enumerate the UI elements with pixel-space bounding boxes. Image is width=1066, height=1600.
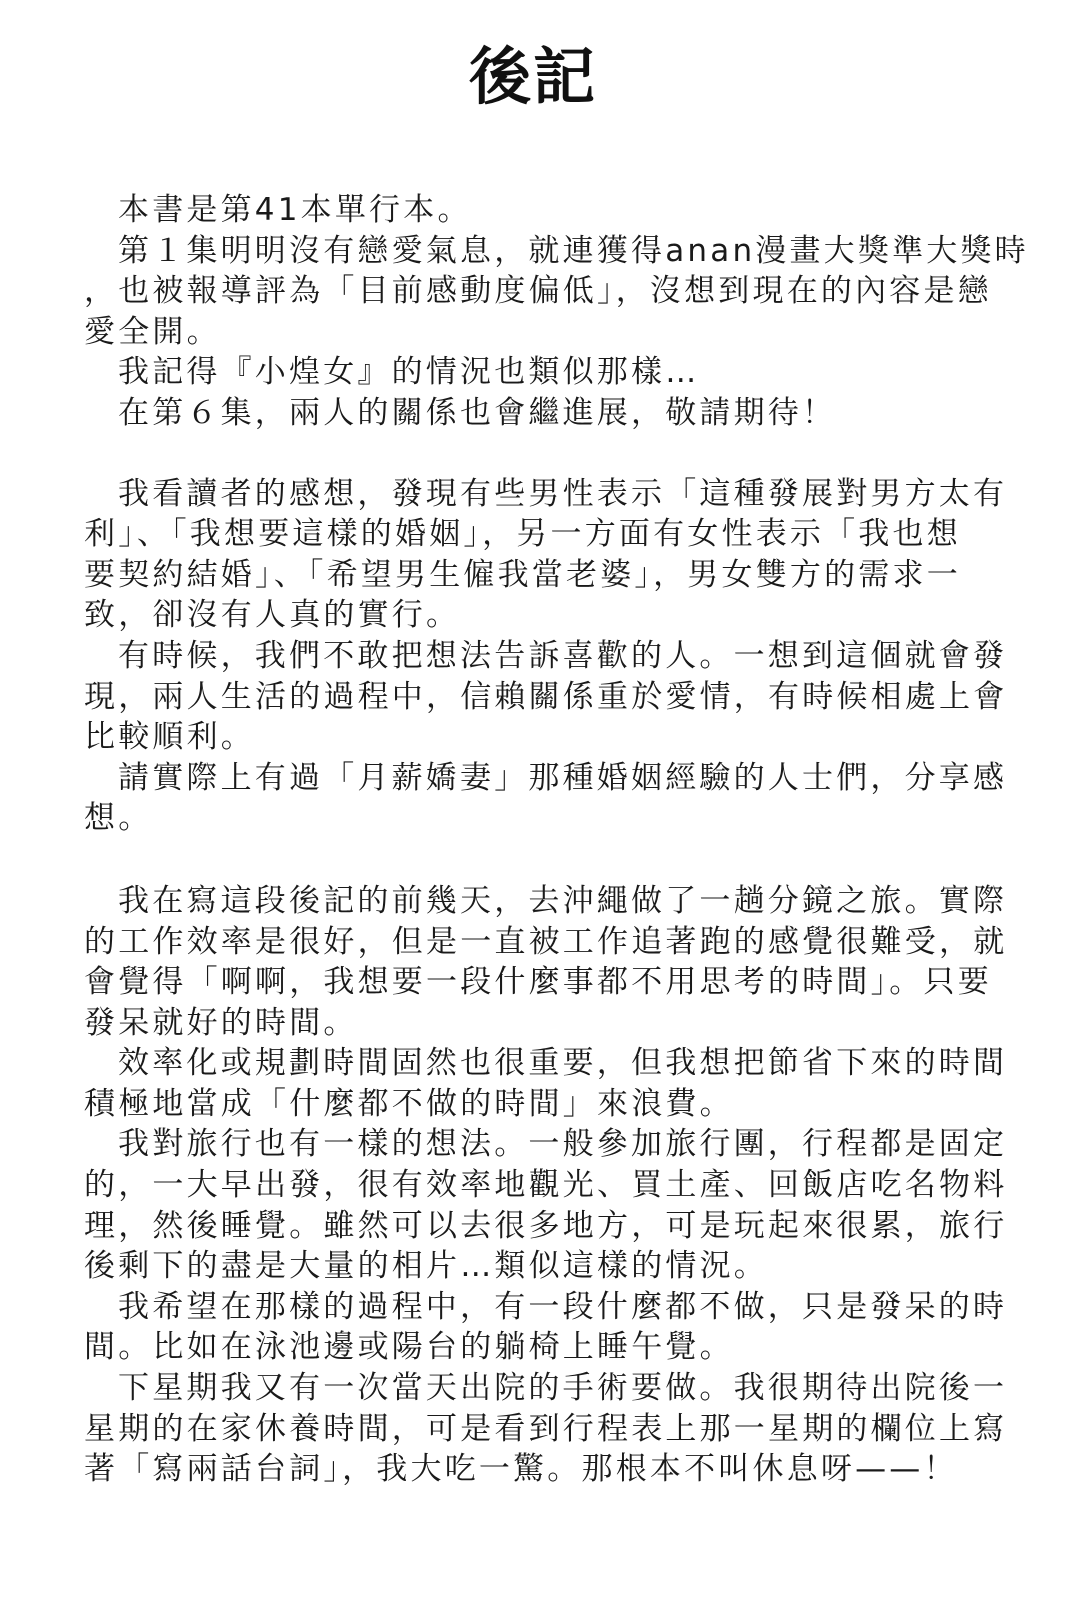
text-line: 我對旅行也有一樣的想法。一般參加旅行團，行程都是固定	[84, 1124, 964, 1165]
text-line: 愛全開。	[84, 312, 964, 353]
text-line: 我在寫這段後記的前幾天，去沖繩做了一趟分鏡之旅。實際	[84, 881, 964, 922]
section-3: 我在寫這段後記的前幾天，去沖繩做了一趟分鏡之旅。實際 的工作效率是很好，但是一直…	[84, 881, 964, 1490]
text-line: 下星期我又有一次當天出院的手術要做。我很期待出院後一	[84, 1368, 964, 1409]
section-divider	[84, 839, 964, 881]
text-line: 發呆就好的時間。	[84, 1003, 964, 1044]
text-line: 後剩下的盡是大量的相片…類似這樣的情況。	[84, 1246, 964, 1287]
text-line: 我記得『小煌女』的情況也類似那樣…	[84, 352, 964, 393]
text-line: 的，一大早出發，很有效率地觀光、買土產、回飯店吃名物料	[84, 1165, 964, 1206]
section-divider	[84, 434, 964, 474]
section-1: 本書是第41本單行本。 第１集明明沒有戀愛氣息，就連獲得anan漫畫大獎準大獎時…	[84, 190, 964, 434]
text-line: 本書是第41本單行本。	[84, 190, 964, 231]
text-line: 有時候，我們不敢把想法告訴喜歡的人。一想到這個就會發	[84, 636, 964, 677]
text-line: 請實際上有過「月薪嬌妻」那種婚姻經驗的人士們，分享感	[84, 758, 964, 799]
text-line: 第１集明明沒有戀愛氣息，就連獲得anan漫畫大獎準大獎時	[84, 231, 964, 272]
afterword-body: 本書是第41本單行本。 第１集明明沒有戀愛氣息，就連獲得anan漫畫大獎準大獎時…	[84, 190, 964, 1490]
text-line: ，也被報導評為「目前感動度偏低」，沒想到現在的內容是戀	[84, 271, 964, 312]
text-line: 會覺得「啊啊，我想要一段什麼事都不用思考的時間」。只要	[84, 962, 964, 1003]
text-line: 利」、「我想要這樣的婚姻」，另一方面有女性表示「我也想	[84, 514, 964, 555]
text-line: 積極地當成「什麼都不做的時間」來浪費。	[84, 1084, 964, 1125]
text-line: 比較順利。	[84, 717, 964, 758]
text-line: 致，卻沒有人真的實行。	[84, 595, 964, 636]
section-2: 我看讀者的感想，發現有些男性表示「這種發展對男方太有 利」、「我想要這樣的婚姻」…	[84, 474, 964, 839]
text-line: 我希望在那樣的過程中，有一段什麼都不做，只是發呆的時	[84, 1287, 964, 1328]
page-title: 後記	[0, 42, 1066, 112]
text-line: 現，兩人生活的過程中，信賴關係重於愛情，有時候相處上會	[84, 677, 964, 718]
text-line: 星期的在家休養時間，可是看到行程表上那一星期的欄位上寫	[84, 1409, 964, 1450]
text-line: 間。比如在泳池邊或陽台的躺椅上睡午覺。	[84, 1327, 964, 1368]
text-line: 著「寫兩話台詞」，我大吃一驚。那根本不叫休息呀——！	[84, 1449, 964, 1490]
text-line: 想。	[84, 798, 964, 839]
text-line: 要契約結婚」、「希望男生僱我當老婆」，男女雙方的需求一	[84, 555, 964, 596]
text-line: 在第６集，兩人的關係也會繼進展，敬請期待！	[84, 393, 964, 434]
text-line: 我看讀者的感想，發現有些男性表示「這種發展對男方太有	[84, 474, 964, 515]
text-line: 效率化或規劃時間固然也很重要，但我想把節省下來的時間	[84, 1043, 964, 1084]
text-line: 理，然後睡覺。雖然可以去很多地方，可是玩起來很累，旅行	[84, 1206, 964, 1247]
text-line: 的工作效率是很好，但是一直被工作追著跑的感覺很難受，就	[84, 922, 964, 963]
